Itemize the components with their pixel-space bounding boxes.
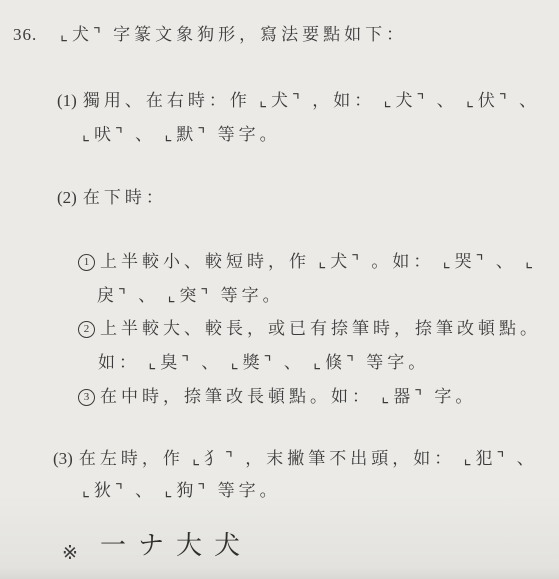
subitem-2-line-2: 如： ⌞臭⌝ 、 ⌞獎⌝ 、 ⌞倏⌝ 等字。	[98, 352, 429, 374]
item-2-line-1: (2)在下時：	[57, 187, 167, 209]
subitem-3-line-1: 3在中時，捺筆改長頓點。如： ⌞器⌝ 字。	[78, 386, 476, 408]
subitem-2-line-1: 2上半較大、較長，或已有捺筆時，捺筆改頓點。	[78, 318, 541, 340]
item-1-line-2: ⌞吠⌝ 、 ⌞默⌝ 等字。	[82, 124, 281, 146]
item-3-label: (3)	[53, 449, 73, 468]
item-3-line-2: ⌞狄⌝ 、 ⌞狗⌝ 等字。	[82, 480, 281, 502]
item-2-text: 在下時：	[83, 188, 167, 207]
item-1-label: (1)	[57, 91, 77, 110]
question-title: ⌞犬⌝ 字篆文象狗形，寫法要點如下：	[60, 24, 407, 46]
stroke-order-demo: 一ナ大犬	[100, 535, 252, 557]
subitem-1-text: 上半較小、較短時，作 ⌞犬⌝ 。如： ⌞哭⌝ 、 ⌞	[100, 252, 537, 271]
circled-number-3: 3	[78, 389, 95, 406]
subitem-2-text: 上半較大、較長，或已有捺筆時，捺筆改頓點。	[100, 319, 541, 338]
subitem-1-line-2: 戾⌝ 、 ⌞突⌝ 等字。	[97, 285, 284, 307]
item-1-text: 獨用、在右時：作 ⌞犬⌝ ，如： ⌞犬⌝ 、 ⌞伏⌝ 、	[83, 91, 540, 110]
subitem-1-line-1: 1上半較小、較短時，作 ⌞犬⌝ 。如： ⌞哭⌝ 、 ⌞	[78, 251, 537, 273]
question-number: 36.	[13, 24, 37, 46]
item-3-line-1: (3)在左時，作 ⌞犭⌝ ，末撇筆不出頭，如： ⌞犯⌝ 、	[53, 448, 538, 470]
item-2-label: (2)	[57, 188, 77, 207]
circled-number-1: 1	[78, 254, 95, 271]
item-3-text: 在左時，作 ⌞犭⌝ ，末撇筆不出頭，如： ⌞犯⌝ 、	[79, 449, 538, 468]
circled-number-2: 2	[78, 321, 95, 338]
reference-mark-icon: ※	[62, 543, 78, 565]
subitem-3-text: 在中時，捺筆改長頓點。如： ⌞器⌝ 字。	[100, 387, 476, 406]
item-1-line-1: (1)獨用、在右時：作 ⌞犬⌝ ，如： ⌞犬⌝ 、 ⌞伏⌝ 、	[57, 90, 540, 112]
scanned-document-page: 36. ⌞犬⌝ 字篆文象狗形，寫法要點如下： (1)獨用、在右時：作 ⌞犬⌝ ，…	[0, 0, 559, 579]
